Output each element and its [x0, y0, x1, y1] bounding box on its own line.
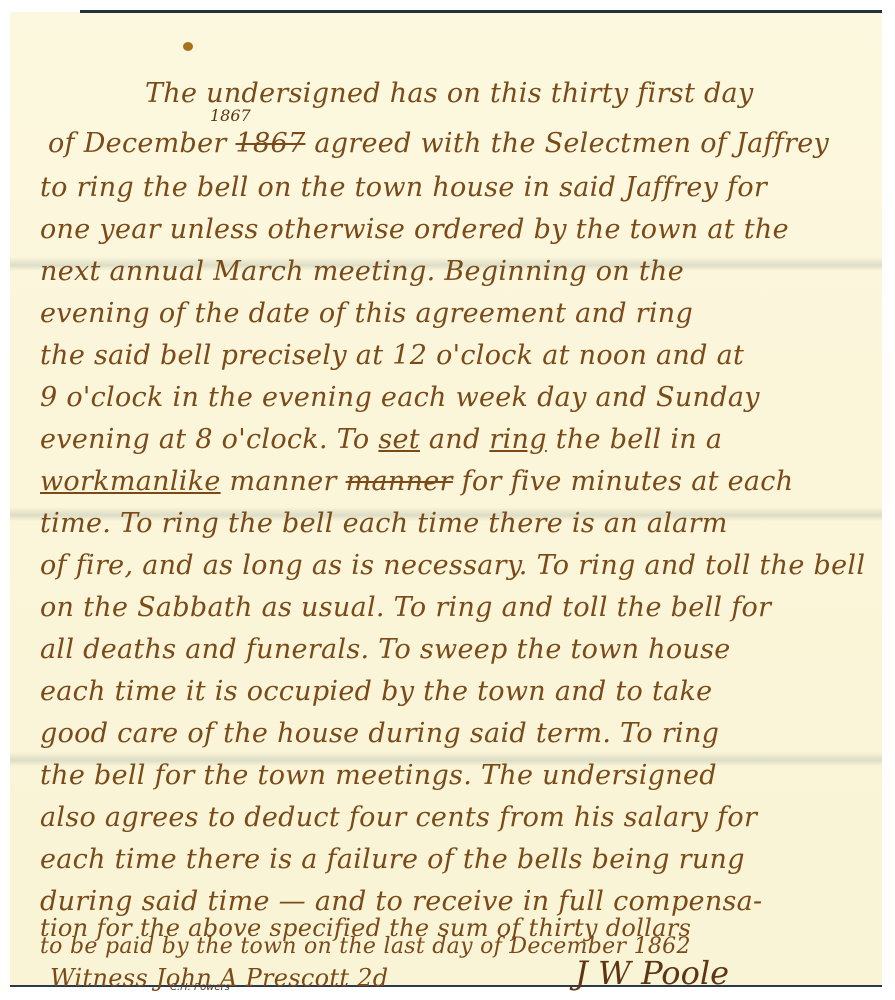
struck-date: 1867 [236, 128, 306, 159]
witness-label: Witness [50, 964, 148, 992]
text-line-9: evening at 8 o'clock. To set and ring th… [40, 424, 722, 455]
ink-blot [183, 42, 193, 51]
text-line-1: The undersigned has on this thirty first… [145, 78, 754, 109]
text-line-18: also agrees to deduct four cents from hi… [40, 802, 757, 833]
text-line-10: workmanlike manner manner for five minut… [40, 466, 793, 497]
paper-sheet: The undersigned has on this thirty first… [10, 12, 882, 987]
text-line-12: of fire, and as long as is necessary. To… [40, 550, 865, 581]
text-line-5: next annual March meeting. Beginning on … [40, 256, 684, 287]
text-line-11: time. To ring the bell each time there i… [40, 508, 728, 539]
text-line-19: each time there is a failure of the bell… [40, 844, 745, 875]
date-insertion: 1867 [210, 106, 251, 125]
text-line-8: 9 o'clock in the evening each week day a… [40, 382, 760, 413]
text-line-6: evening of the date of this agreement an… [40, 298, 693, 329]
text-line-17: the bell for the town meetings. The unde… [40, 760, 717, 791]
text-line-7: the said bell precisely at 12 o'clock at… [40, 340, 744, 371]
text-line-15: each time it is occupied by the town and… [40, 676, 712, 707]
text-line-2: of December 1867 agreed with the Selectm… [48, 128, 829, 159]
text-line-4: one year unless otherwise ordered by the… [40, 214, 789, 245]
text-line-14: all deaths and funerals. To sweep the to… [40, 634, 731, 665]
text-line-16: good care of the house during said term.… [40, 718, 719, 749]
scanned-document: The undersigned has on this thirty first… [0, 0, 895, 1000]
text-line-13: on the Sabbath as usual. To ring and tol… [40, 592, 771, 623]
text-line-20: during said time — and to receive in ful… [40, 886, 762, 917]
text-line-3: to ring the bell on the town house in sa… [40, 172, 767, 203]
signature: J W Poole [575, 954, 729, 992]
witness-subscript: C.H. Powers [170, 982, 230, 993]
